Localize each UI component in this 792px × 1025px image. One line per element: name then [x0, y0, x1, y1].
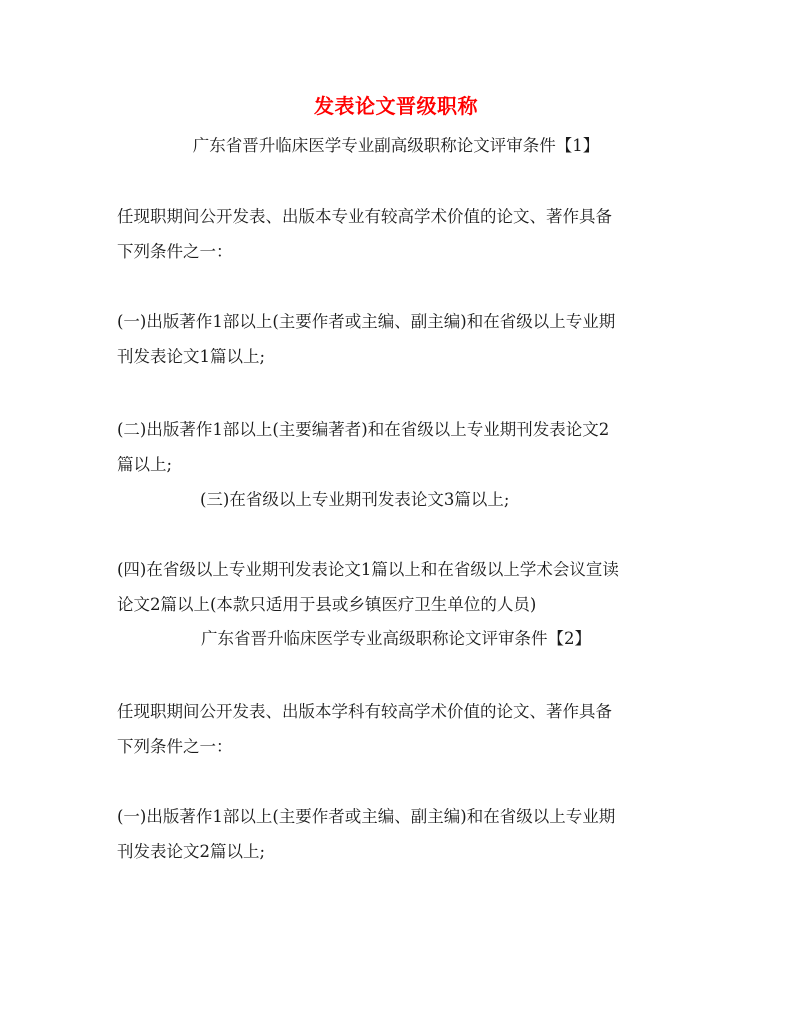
section-2-intro-line-2: 下列条件之一：	[117, 735, 233, 759]
section-1-item-2-line-2: 篇以上;	[117, 453, 172, 477]
section-1-intro-line-2: 下列条件之一：	[117, 240, 233, 264]
section-2-item-1-line-2: 刊发表论文2篇以上;	[117, 840, 265, 864]
section-1-item-4-line-1: (四)在省级以上专业期刊发表论文1篇以上和在省级以上学术会议宣读	[117, 558, 619, 582]
section-2-intro-line-1: 任现职期间公开发表、出版本学科有较高学术价值的论文、著作具备	[117, 700, 612, 724]
section-1-item-1-line-1: (一)出版著作1部以上(主要作者或主编、副主编)和在省级以上专业期	[117, 310, 615, 334]
section-1-item-2-line-1: (二)出版著作1部以上(主要编著者)和在省级以上专业期刊发表论文2	[117, 418, 609, 442]
section-1-item-3-line-1: (三)在省级以上专业期刊发表论文3篇以上;	[200, 488, 509, 512]
section-1-heading: 广东省晋升临床医学专业副高级职称论文评审条件【1】	[0, 134, 792, 158]
section-2-heading: 广东省晋升临床医学专业高级职称论文评审条件【2】	[0, 627, 792, 651]
section-1-item-1-line-2: 刊发表论文1篇以上;	[117, 345, 265, 369]
document-page: 发表论文晋级职称 广东省晋升临床医学专业副高级职称论文评审条件【1】 任现职期间…	[0, 0, 792, 1025]
document-title: 发表论文晋级职称	[0, 92, 792, 120]
section-1-intro-line-1: 任现职期间公开发表、出版本专业有较高学术价值的论文、著作具备	[117, 205, 612, 229]
section-2-item-1-line-1: (一)出版著作1部以上(主要作者或主编、副主编)和在省级以上专业期	[117, 805, 615, 829]
section-1-item-4-line-2: 论文2篇以上(本款只适用于县或乡镇医疗卫生单位的人员)	[117, 593, 536, 617]
